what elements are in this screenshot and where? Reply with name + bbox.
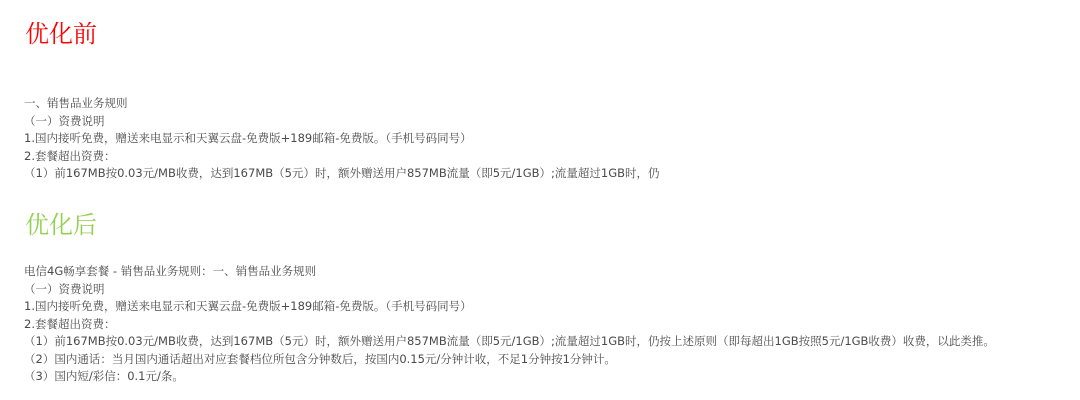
after-title: 优化后 [25,211,97,239]
after-line-1: 电信4G畅享套餐 - 销售品业务规则：一、销售品业务规则 [24,263,995,281]
after-content: 电信4G畅享套餐 - 销售品业务规则：一、销售品业务规则 （一）资费说明 1.国… [24,263,995,386]
before-line-4: 2.套餐超出资费： [24,148,660,166]
before-content: 一、销售品业务规则 （一）资费说明 1.国内接听免费，赠送来电显示和天翼云盘-免… [24,95,660,183]
after-line-7: （3）国内短/彩信：0.1元/条。 [24,368,995,386]
after-line-2: （一）资费说明 [24,281,995,299]
before-line-5: （1）前167MB按0.03元/MB收费，达到167MB（5元）时，额外赠送用户… [24,165,660,183]
before-title: 优化前 [25,20,97,48]
before-line-3: 1.国内接听免费，赠送来电显示和天翼云盘-免费版+189邮箱-免费版。（手机号码… [24,130,660,148]
before-line-2: （一）资费说明 [24,113,660,131]
after-line-5: （1）前167MB按0.03元/MB收费，达到167MB（5元）时，额外赠送用户… [24,333,995,351]
after-line-6: （2）国内通话：当月国内通话超出对应套餐档位所包含分钟数后，按国内0.15元/分… [24,351,995,369]
after-line-4: 2.套餐超出资费： [24,316,995,334]
before-line-1: 一、销售品业务规则 [24,95,660,113]
after-line-3: 1.国内接听免费，赠送来电显示和天翼云盘-免费版+189邮箱-免费版。（手机号码… [24,298,995,316]
